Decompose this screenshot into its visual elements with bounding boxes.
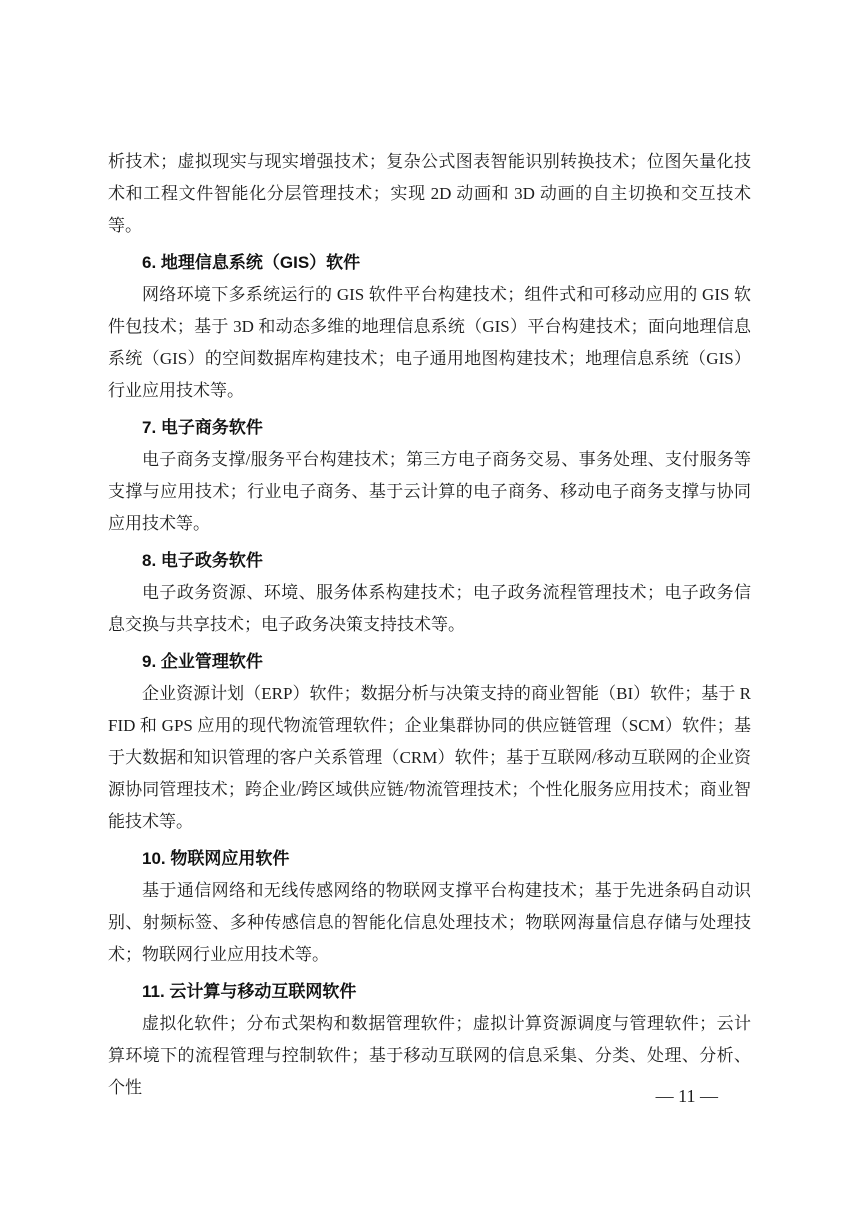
document-page: 析技术；虚拟现实与现实增强技术；复杂公式图表智能识别转换技术；位图矢量化技术和工…: [0, 0, 860, 1216]
section-heading-8-egovernment-software: 8. 电子政务软件: [108, 545, 751, 577]
paragraph-continuation: 析技术；虚拟现实与现实增强技术；复杂公式图表智能识别转换技术；位图矢量化技术和工…: [108, 146, 751, 242]
section-heading-9-enterprise-management-software: 9. 企业管理软件: [108, 646, 751, 678]
section-heading-10-iot-application-software: 10. 物联网应用软件: [108, 843, 751, 875]
section-body-9-enterprise-management-software: 企业资源计划（ERP）软件；数据分析与决策支持的商业智能（BI）软件；基于 RF…: [108, 678, 751, 838]
section-heading-11-cloud-mobile-internet-software: 11. 云计算与移动互联网软件: [108, 976, 751, 1008]
section-body-8-egovernment-software: 电子政务资源、环境、服务体系构建技术；电子政务流程管理技术；电子政务信息交换与共…: [108, 577, 751, 641]
page-number: — 11 —: [656, 1086, 718, 1106]
section-body-7-ecommerce-software: 电子商务支撑/服务平台构建技术；第三方电子商务交易、事务处理、支付服务等支撑与应…: [108, 444, 751, 540]
section-heading-7-ecommerce-software: 7. 电子商务软件: [108, 412, 751, 444]
page-footer: — 11 —: [0, 1084, 718, 1108]
document-text-block: 析技术；虚拟现实与现实增强技术；复杂公式图表智能识别转换技术；位图矢量化技术和工…: [108, 146, 751, 1104]
section-body-10-iot-application-software: 基于通信网络和无线传感网络的物联网支撑平台构建技术；基于先进条码自动识别、射频标…: [108, 875, 751, 971]
section-body-6-gis-software: 网络环境下多系统运行的 GIS 软件平台构建技术；组件式和可移动应用的 GIS …: [108, 279, 751, 407]
section-heading-6-gis-software: 6. 地理信息系统（GIS）软件: [108, 247, 751, 279]
